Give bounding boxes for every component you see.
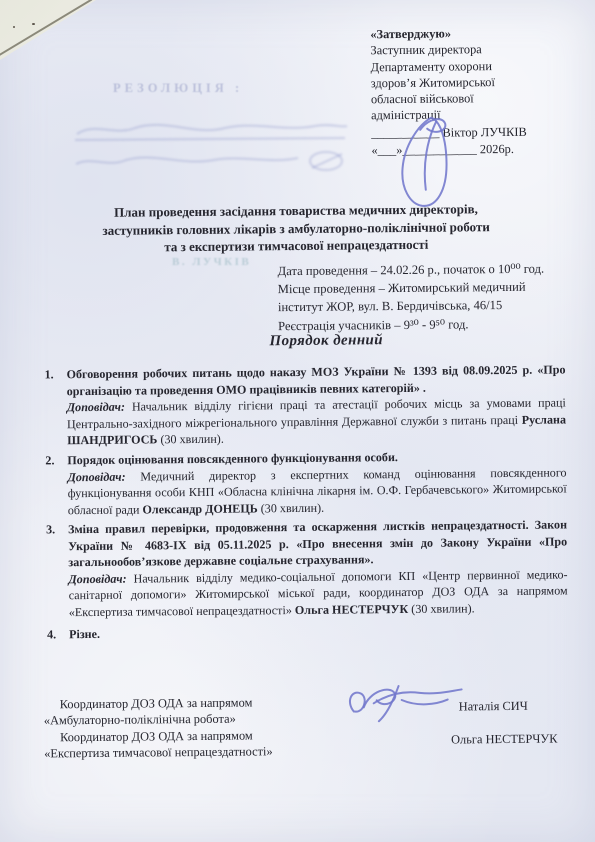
speaker-label: Доповідач: [67, 469, 125, 484]
approval-line: Заступник директора [370, 41, 582, 59]
item-speaker: Доповідач: Начальник відділу гігієни пра… [67, 395, 566, 450]
approval-line: здоров’я Житомирської [371, 73, 583, 91]
item-duration: (30 хвилин). [157, 432, 224, 447]
item-number: 4. [42, 626, 69, 643]
speaker-label: Доповідач: [67, 400, 125, 415]
item-speaker: Доповідач: Начальник відділу медико-соці… [68, 566, 567, 621]
agenda-item-3: 3. Зміна правил перевірки, продовження т… [41, 516, 568, 621]
approval-line: Департаменту охорони [371, 57, 583, 75]
agenda-item-2: 2. Порядок оцінювання повсякденного функ… [40, 447, 567, 518]
item-duration: (30 хвилин). [258, 501, 325, 516]
item-number: 1. [39, 366, 67, 449]
item-duration: (30 хвилин). [408, 601, 475, 616]
document-content-layer: «Затверджую» Заступник директора Департа… [0, 0, 595, 842]
agenda-heading: Порядок денний [226, 332, 426, 351]
item-speaker: Доповідач: Медичний директор з експертни… [67, 464, 566, 519]
agenda-item-1: 1. Обговорення робочих питань щодо наказ… [39, 361, 566, 449]
director-signature [393, 109, 464, 214]
speaker-name: Олександр ДОНЕЦЬ [142, 501, 257, 516]
footer-name-sych: Наталія СИЧ [459, 699, 528, 715]
item-number: 2. [40, 452, 68, 519]
scanned-document-page: РЕЗОЛЮЦІЯ : В. ЛУЧКІВ «Затверджую» Засту… [0, 0, 595, 842]
agenda-item-4: 4. Різне. [42, 621, 568, 643]
item-title: Різне. [69, 621, 568, 642]
item-number: 3. [41, 521, 69, 621]
footer-coordinators: Координатор ДОЗ ОДА за напрямом «Амбулат… [44, 693, 380, 762]
approval-heading: «Затверджую» [370, 24, 582, 42]
footer-line: «Експертиза тимчасової непрацездатності» [44, 742, 379, 762]
speaker-name: Ольга НЕСТЕРЧУК [295, 602, 409, 617]
meeting-details: Дата проведення – 24.02.26 р., початок о… [277, 259, 578, 335]
coordinator-signature [344, 682, 472, 729]
document-title: План проведення засідання товариства мед… [28, 199, 564, 257]
details-line-date: Дата проведення – 24.02.26 р., початок о… [277, 259, 577, 280]
speaker-label: Доповідач: [68, 571, 126, 586]
speaker-description: Начальник відділу гігієни праці та атест… [67, 396, 566, 431]
item-title: Обговорення робочих питань щодо наказу М… [66, 361, 565, 399]
approval-line: обласної військової [371, 89, 583, 107]
approval-year: 2026р. [480, 142, 514, 156]
footer-name-nesterchuk: Ольга НЕСТЕРЧУК [451, 732, 558, 748]
item-title: Зміна правил перевірки, продовження та о… [68, 516, 567, 571]
